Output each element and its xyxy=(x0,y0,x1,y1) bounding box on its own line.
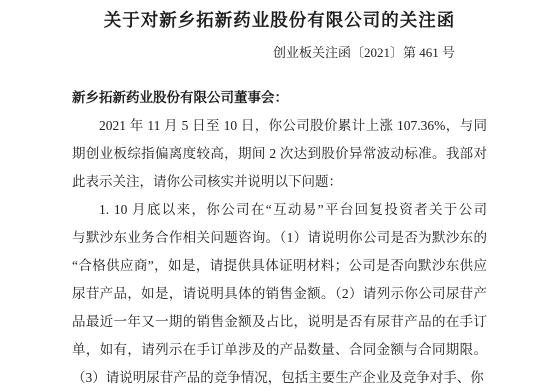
document-line: 与默沙东业务合作相关问题咨询。（1）请说明你公司是否为默沙东的 xyxy=(72,224,487,252)
document-number: 创业板关注函〔2021〕第 461 号 xyxy=(72,44,455,62)
document-page: 关于对新乡拓新药业股份有限公司的关注函 创业板关注函〔2021〕第 461 号 … xyxy=(0,8,554,392)
document-line: 2021 年 11 月 5 日至 10 日，你公司股价累计上涨 107.36%，… xyxy=(72,112,487,140)
salutation-line: 新乡拓新药业股份有限公司董事会： xyxy=(72,84,487,112)
document-line: “合格供应商”，如是，请提供具体证明材料；公司是否向默沙东供应 xyxy=(72,252,487,280)
document-line: 品最近一年又一期的销售金额及占比，说明是否有尿苷产品的在手订 xyxy=(72,308,487,336)
document-line: 1. 10 月底以来，你公司在“互动易”平台回复投资者关于公司 xyxy=(72,196,487,224)
document-body: 新乡拓新药业股份有限公司董事会： 2021 年 11 月 5 日至 10 日，你… xyxy=(72,84,487,392)
document-line: 单，如有，请列示在手订单涉及的产品数量、合同金额与合同期限。 xyxy=(72,336,487,364)
document-line: 尿苷产品，如是，请说明具体的销售金额。（2）请列示你公司尿苷产 xyxy=(72,280,487,308)
paragraph-list: 2021 年 11 月 5 日至 10 日，你公司股价累计上涨 107.36%，… xyxy=(72,112,487,392)
document-line: （3）请说明尿苷产品的竞争情况，包括主要生产企业及竞争对手、你 xyxy=(72,364,487,392)
document-line: 此表示关注，请你公司核实并说明以下问题： xyxy=(72,168,487,196)
document-title: 关于对新乡拓新药业股份有限公司的关注函 xyxy=(72,8,487,32)
document-line: 期创业板综指偏离度较高，期间 2 次达到股价异常波动标准。我部对 xyxy=(72,140,487,168)
